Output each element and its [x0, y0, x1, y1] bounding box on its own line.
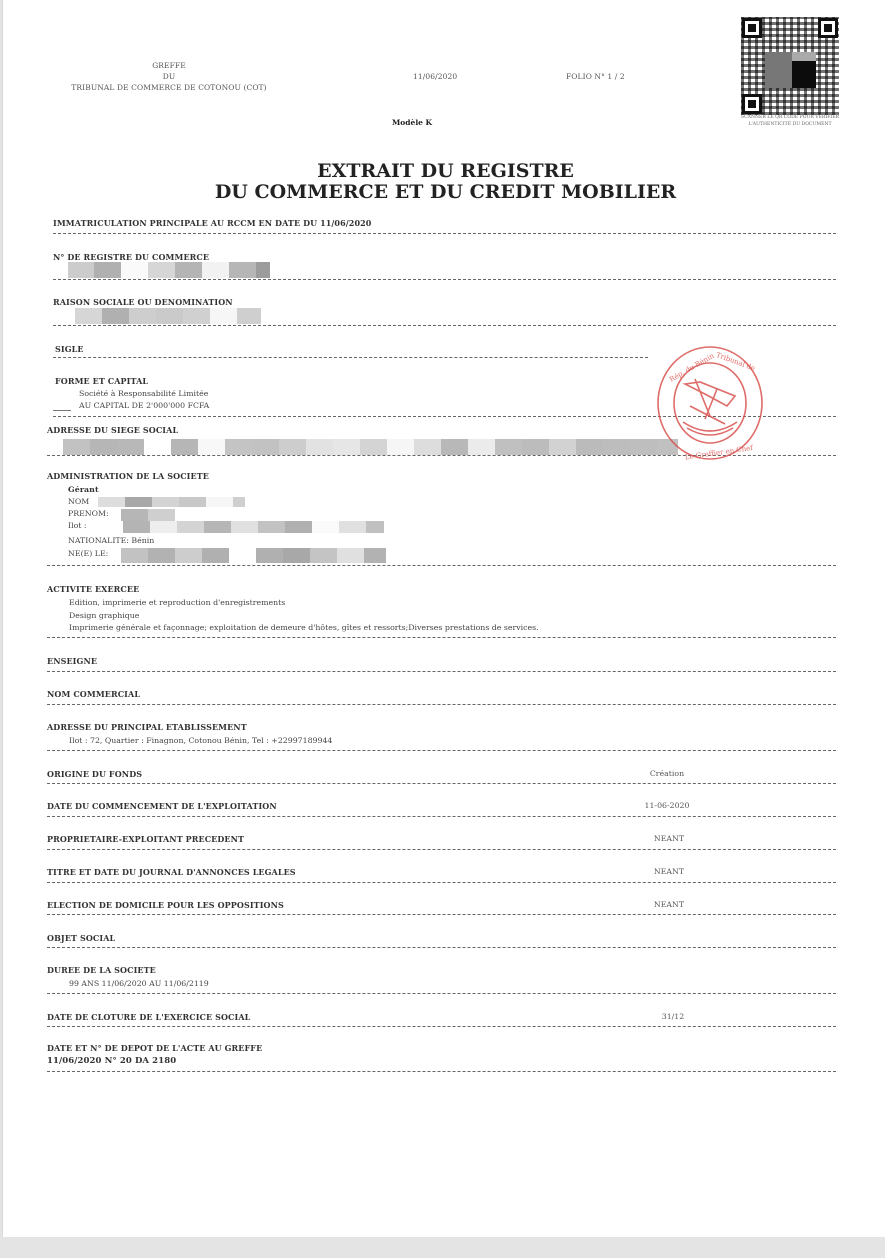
- capital-value: AU CAPITAL DE 2'000'000 FCFA: [79, 401, 209, 410]
- principal-etablissement-label: ADRESSE DU PRINCIPAL ETABLISSEMENT: [47, 722, 247, 732]
- nom-commercial-label: NOM COMMERCIAL: [47, 689, 140, 699]
- document-page: GREFFE DU TRIBUNAL DE COMMERCE DE COTONO…: [2, 0, 885, 1237]
- document-title-line1: EXTRAIT DU REGISTRE: [3, 160, 885, 182]
- sigle-label: SIGLE: [55, 344, 84, 354]
- origine-value: Création: [607, 769, 727, 778]
- ilot-redacted-value: [123, 521, 384, 533]
- greffe-line: GREFFE: [59, 60, 279, 71]
- ne-le-redacted-value: [121, 548, 386, 563]
- proprietaire-label: PROPRIETAIRE-EXPLOITANT PRECEDENT: [47, 834, 244, 844]
- commencement-value: 11-06-2020: [607, 801, 727, 810]
- nationalite-value: NATIONALITE: Bénin: [68, 536, 154, 545]
- greffe-line: TRIBUNAL DE COMMERCE DE COTONOU (COT): [59, 82, 279, 93]
- activite-line: Imprimerie générale et façonnage; exploi…: [69, 623, 539, 632]
- administration-label: ADMINISTRATION DE LA SOCIETE: [47, 471, 209, 481]
- gerant-role: Gérant: [68, 485, 99, 494]
- prenom-redacted-value: [121, 509, 175, 521]
- raison-sociale-redacted-value: [75, 308, 261, 324]
- registre-redacted-value: [68, 262, 270, 278]
- ilot-label: Ilot :: [68, 521, 87, 530]
- activite-label: ACTIVITE EXERCEE: [47, 584, 139, 594]
- greffe-header: GREFFE DU TRIBUNAL DE COMMERCE DE COTONO…: [59, 60, 279, 93]
- proprietaire-value: NEANT: [609, 834, 729, 843]
- prenom-label: PRENOM:: [68, 509, 109, 518]
- greffe-line: DU: [59, 71, 279, 82]
- depot-label: DATE ET N° DE DEPOT DE L'ACTE AU GREFFE: [47, 1043, 262, 1053]
- journal-value: NEANT: [609, 867, 729, 876]
- qr-code-icon[interactable]: [741, 17, 839, 115]
- raison-sociale-label: RAISON SOCIALE OU DENOMINATION: [53, 297, 233, 307]
- qr-caption: SCANNER LE QR CODE POUR VÉRIFIER L'AUTHE…: [733, 114, 847, 128]
- commencement-label: DATE DU COMMENCEMENT DE L'EXPLOITATION: [47, 801, 277, 811]
- activite-line: Edition, imprimerie et reproduction d'en…: [69, 598, 285, 607]
- election-label: ELECTION DE DOMICILE POUR LES OPPOSITION…: [47, 900, 284, 910]
- forme-capital-label: FORME ET CAPITAL: [55, 376, 148, 386]
- svg-text:Rép. du Bénin: Rép. du Bénin: [668, 352, 716, 384]
- objet-social-label: OBJET SOCIAL: [47, 933, 115, 943]
- ne-le-label: NE(E) LE:: [68, 549, 108, 558]
- depot-value: 11/06/2020 N° 20 DA 2180: [47, 1056, 176, 1066]
- header-date: 11/06/2020: [413, 72, 457, 81]
- nom-redacted-value: [98, 497, 245, 507]
- siege-social-label: ADRESSE DU SIEGE SOCIAL: [47, 425, 178, 435]
- journal-label: TITRE ET DATE DU JOURNAL D'ANNONCES LEGA…: [47, 867, 296, 877]
- forme-value: Société à Responsabilité Limitée: [79, 389, 208, 398]
- cloture-value: 31/12: [613, 1012, 733, 1021]
- enseigne-label: ENSEIGNE: [47, 656, 97, 666]
- nom-label: NOM: [68, 497, 89, 506]
- official-stamp-icon: Rép. du Bénin Tribunal de Le Greffier en…: [655, 344, 765, 462]
- siege-social-redacted-value: [63, 439, 678, 455]
- immatriculation-label: IMMATRICULATION PRINCIPALE AU RCCM EN DA…: [53, 218, 371, 228]
- origine-label: ORIGINE DU FONDS: [47, 769, 142, 779]
- activite-line: Design graphique: [69, 611, 139, 620]
- registre-label: N° DE REGISTRE DU COMMERCE: [53, 252, 209, 262]
- document-title-line2: DU COMMERCE ET DU CREDIT MOBILIER: [3, 181, 885, 203]
- cloture-label: DATE DE CLOTURE DE L'EXERCICE SOCIAL: [47, 1012, 250, 1022]
- election-value: NEANT: [609, 900, 729, 909]
- duree-value: 99 ANS 11/06/2020 AU 11/06/2119: [69, 979, 209, 988]
- folio-number: FOLIO N° 1 / 2: [566, 72, 625, 81]
- principal-etablissement-value: Ilot : 72, Quartier : Finagnon, Cotonou …: [69, 736, 332, 745]
- modele-label: Modèle K: [392, 118, 432, 127]
- duree-label: DUREE DE LA SOCIETE: [47, 965, 156, 975]
